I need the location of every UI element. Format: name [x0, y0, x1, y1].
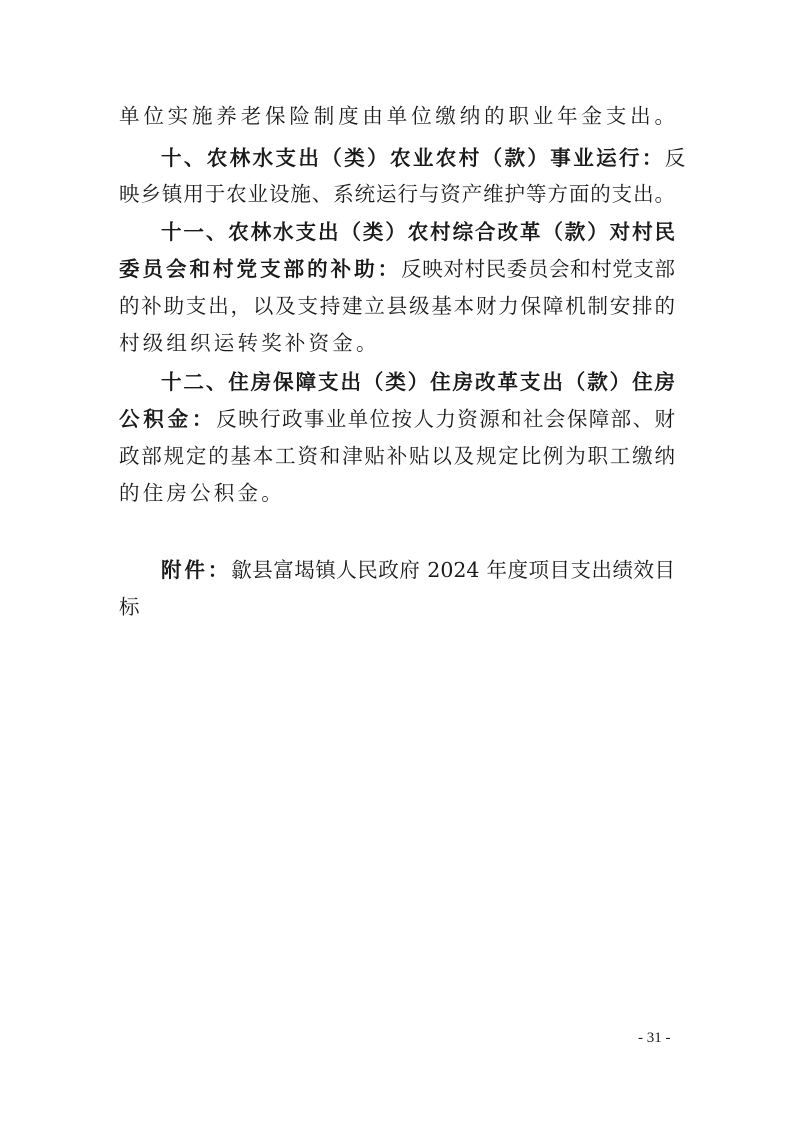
body-text: 的补助支出，以及支持建立县级基本财力保障机制安排的 [119, 294, 675, 318]
body-text: 反映对村民委员会和村党支部 [401, 257, 675, 281]
paragraph-eleven-line-1: 十一、农林水支出（类）农村综合改革（款）对村民 [161, 218, 675, 246]
paragraph-twelve-line-1: 十二、住房保障支出（类）住房改革支出（款）住房 [161, 368, 675, 396]
section-heading: 委员会和村党支部的补助： [119, 257, 401, 281]
section-heading: 十二、住房保障支出（类）住房改革支出（款）住房 [161, 370, 675, 394]
document-page: 单位实施养老保险制度由单位缴纳的职业年金支出。 十、农林水支出（类）农业农村（款… [0, 0, 793, 1122]
section-heading: 十一、农林水支出（类）农村综合改革（款）对村民 [161, 220, 675, 244]
paragraph-eleven-line-3: 的补助支出，以及支持建立县级基本财力保障机制安排的 [119, 292, 675, 320]
body-text: 的住房公积金。 [119, 481, 285, 505]
attachment-title: 歙县富堨镇人民政府 2024 年度项目支出绩效目 [231, 558, 675, 582]
body-text: 政部规定的基本工资和津贴补贴以及规定比例为职工缴纳 [119, 444, 675, 468]
paragraph-eleven-line-4: 村级组织运转奖补资金。 [119, 329, 675, 357]
attachment-line-1: 附件：歙县富堨镇人民政府 2024 年度项目支出绩效目 [161, 556, 675, 584]
body-text: 单位实施养老保险制度由单位缴纳的职业年金支出。 [119, 104, 675, 128]
paragraph-twelve-line-4: 的住房公积金。 [119, 479, 675, 507]
paragraph-twelve-line-3: 政部规定的基本工资和津贴补贴以及规定比例为职工缴纳 [119, 442, 675, 470]
paragraph-eleven-line-2: 委员会和村党支部的补助：反映对村民委员会和村党支部 [119, 255, 675, 283]
attachment-title: 标 [119, 595, 143, 619]
paragraph-ten-line-2: 映乡镇用于农业设施、系统运行与资产维护等方面的支出。 [119, 180, 675, 208]
paragraph-twelve-line-2: 公积金：反映行政事业单位按人力资源和社会保障部、财 [119, 405, 675, 433]
section-heading: 十、农林水支出（类）农业农村（款）事业运行： [161, 146, 665, 170]
page-number: - 31 - [638, 1030, 671, 1047]
section-heading: 公积金： [119, 407, 216, 431]
body-text: 村级组织运转奖补资金。 [119, 331, 380, 355]
body-text: 映乡镇用于农业设施、系统运行与资产维护等方面的支出。 [119, 182, 675, 206]
body-text: 反映行政事业单位按人力资源和社会保障部、财 [216, 407, 675, 431]
attachment-line-2: 标 [119, 593, 675, 621]
paragraph-continuation: 单位实施养老保险制度由单位缴纳的职业年金支出。 [119, 102, 675, 130]
attachment-label: 附件： [161, 558, 231, 582]
body-text: 反 [665, 146, 686, 170]
paragraph-ten-line-1: 十、农林水支出（类）农业农村（款）事业运行：反 [161, 144, 675, 172]
